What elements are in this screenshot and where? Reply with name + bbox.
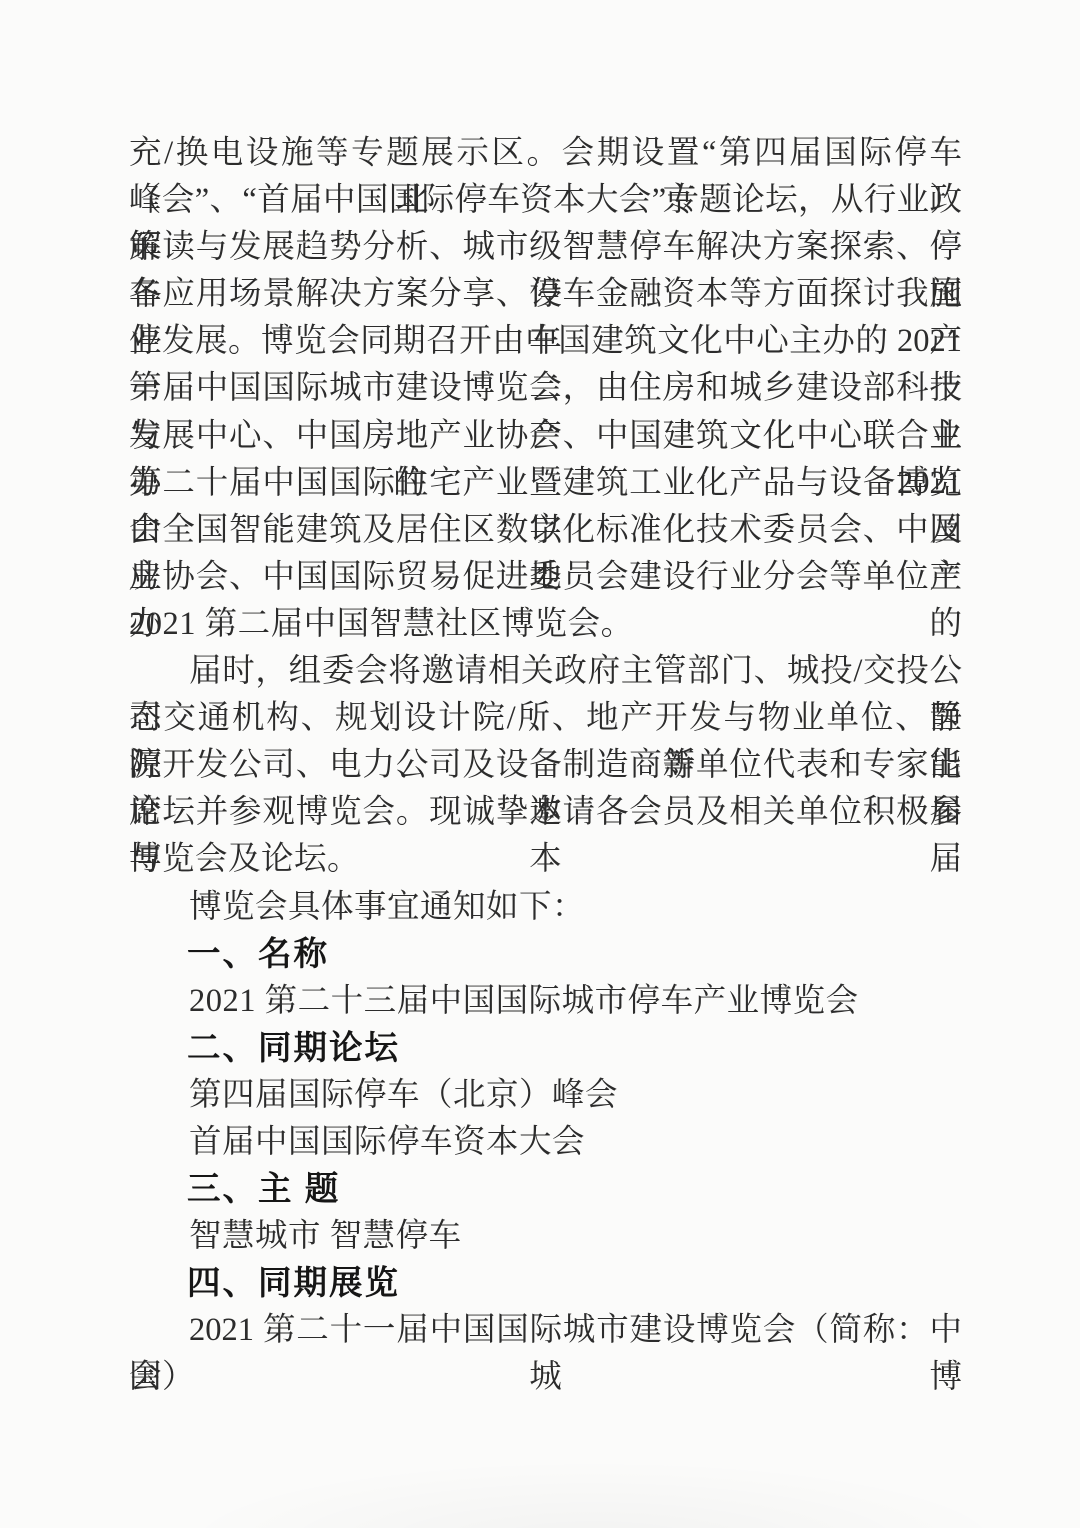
text-line: 2021 第二十一届中国国际城市建设博览会（简称：中国城博 — [129, 1307, 962, 1354]
text-line: 由全国智能建筑及居住区数字化标准化技术委员会、中国房地产 — [129, 507, 962, 554]
text-line: 第二十届中国国际住宅产业暨建筑工业化产品与设备博览会以及 — [129, 460, 962, 507]
text-line: 博览会具体事宜通知如下： — [129, 884, 962, 931]
text-line: 首届中国国际停车资本大会 — [129, 1119, 962, 1166]
section-heading: 一、名称 — [129, 931, 962, 978]
text-line: 智慧城市 智慧停车 — [129, 1213, 962, 1260]
section-heading: 三、主 题 — [129, 1166, 962, 1213]
text-line: 第四届国际停车（北京）峰会 — [129, 1072, 962, 1119]
text-line: 届时，组委会将邀请相关政府主管部门、城投/交投公司、静 — [129, 648, 962, 695]
section-heading: 四、同期展览 — [129, 1260, 962, 1307]
text-line: 业发展。博览会同期召开由中国建筑文化中心主办的 2021 第二十 — [129, 318, 962, 365]
text-line: 论坛并参观博览会。现诚挚邀请各会员及相关单位积极参与本届 — [129, 789, 962, 836]
text-line: 态交通机构、规划设计院/所、地产开发与物业单位、医院、新能 — [129, 695, 962, 742]
text-line: 2021 第二十三届中国国际城市停车产业博览会 — [129, 978, 962, 1025]
document-body: 充/换电设施等专题展示区。会期设置“第四届国际停车（北京）峰会”、“首届中国国际… — [129, 130, 962, 1402]
text-line: 一届中国国际城市建设博览会，由住房和城乡建设部科技与产业 — [129, 365, 962, 412]
text-line: 峰会”、“首届中国国际停车资本大会”专题论坛，从行业政策 — [129, 177, 962, 224]
text-line: 充/换电设施等专题展示区。会期设置“第四届国际停车（北京） — [129, 130, 962, 177]
text-line: 业协会、中国国际贸易促进委员会建设行业分会等单位主办的 — [129, 554, 962, 601]
section-heading: 二、同期论坛 — [129, 1025, 962, 1072]
text-line: 解读与发展趋势分析、城市级智慧停车解决方案探索、停车设施 — [129, 224, 962, 271]
text-line: 发展中心、中国房地产业协会、中国建筑文化中心联合主办的 2021 — [129, 413, 962, 460]
text-line: 各应用场景解决方案分享、停车金融资本等方面探讨我国停车产 — [129, 271, 962, 318]
document-page: 充/换电设施等专题展示区。会期设置“第四届国际停车（北京）峰会”、“首届中国国际… — [0, 0, 1080, 1528]
text-line: 源开发公司、电力公司及设备制造商等单位代表和专家出席本届 — [129, 742, 962, 789]
